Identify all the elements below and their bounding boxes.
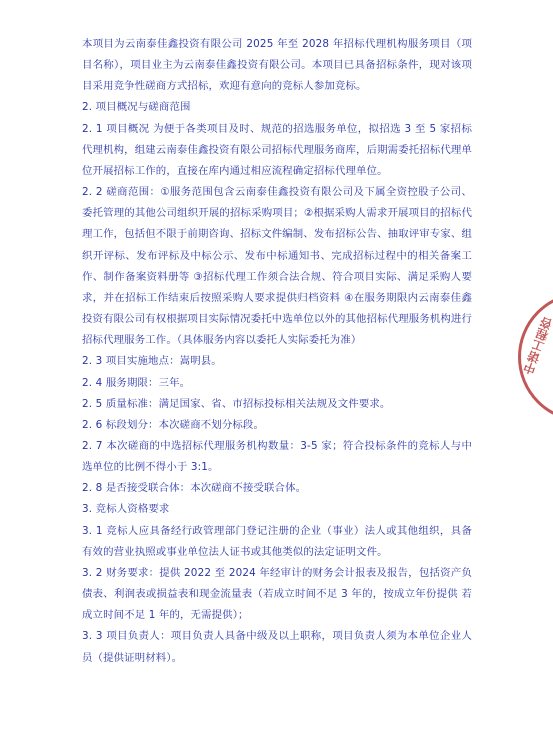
clause-3-3: 3. 3 项目负责人：项目负责人具备中级及以上职称，项目负责人须为本单位企业人员… bbox=[82, 626, 472, 668]
clause-2-8: 2. 8 是否接受联合体：本次磋商不接受联合体。 bbox=[82, 478, 472, 499]
clause-3-1: 3. 1 竞标人应具备经行政管理部门登记注册的企业（事业）法人或其他组织，具备有… bbox=[82, 521, 472, 563]
clause-2-4: 2. 4 服务期限：三年。 bbox=[82, 373, 472, 394]
document-body: 本项目为云南泰佳鑫投资有限公司 2025 年至 2028 年招标代理机构服务项目… bbox=[82, 34, 472, 669]
clause-2-5: 2. 5 质量标准：满足国家、省、市招标投标相关法规及文件要求。 bbox=[82, 394, 472, 415]
intro-paragraph: 本项目为云南泰佳鑫投资有限公司 2025 年至 2028 年招标代理机构服务项目… bbox=[82, 34, 472, 97]
clause-2-7: 2. 7 本次磋商的中选招标代理服务机构数量：3-5 家；符合投标条件的竞标人与… bbox=[82, 436, 472, 478]
clause-3-2: 3. 2 财务要求：提供 2022 至 2024 年经审计的财务会计报表及报告，… bbox=[82, 563, 472, 626]
official-seal-stamp: 中诺工程咨 bbox=[518, 292, 553, 422]
clause-2-6: 2. 6 标段划分：本次磋商不划分标段。 bbox=[82, 415, 472, 436]
section-heading-2: 2. 项目概况与磋商范围 bbox=[82, 97, 472, 118]
clause-2-1: 2. 1 项目概况 为便于各类项目及时、规范的招选服务单位，拟招选 3 至 5 … bbox=[82, 119, 472, 182]
clause-2-2: 2. 2 磋商范围：①服务范围包含云南泰佳鑫投资有限公司及下属全资控股子公司、委… bbox=[82, 182, 472, 351]
section-heading-3: 3. 竞标人资格要求 bbox=[82, 499, 472, 520]
clause-2-3: 2. 3 项目实施地点：嵩明县。 bbox=[82, 351, 472, 372]
